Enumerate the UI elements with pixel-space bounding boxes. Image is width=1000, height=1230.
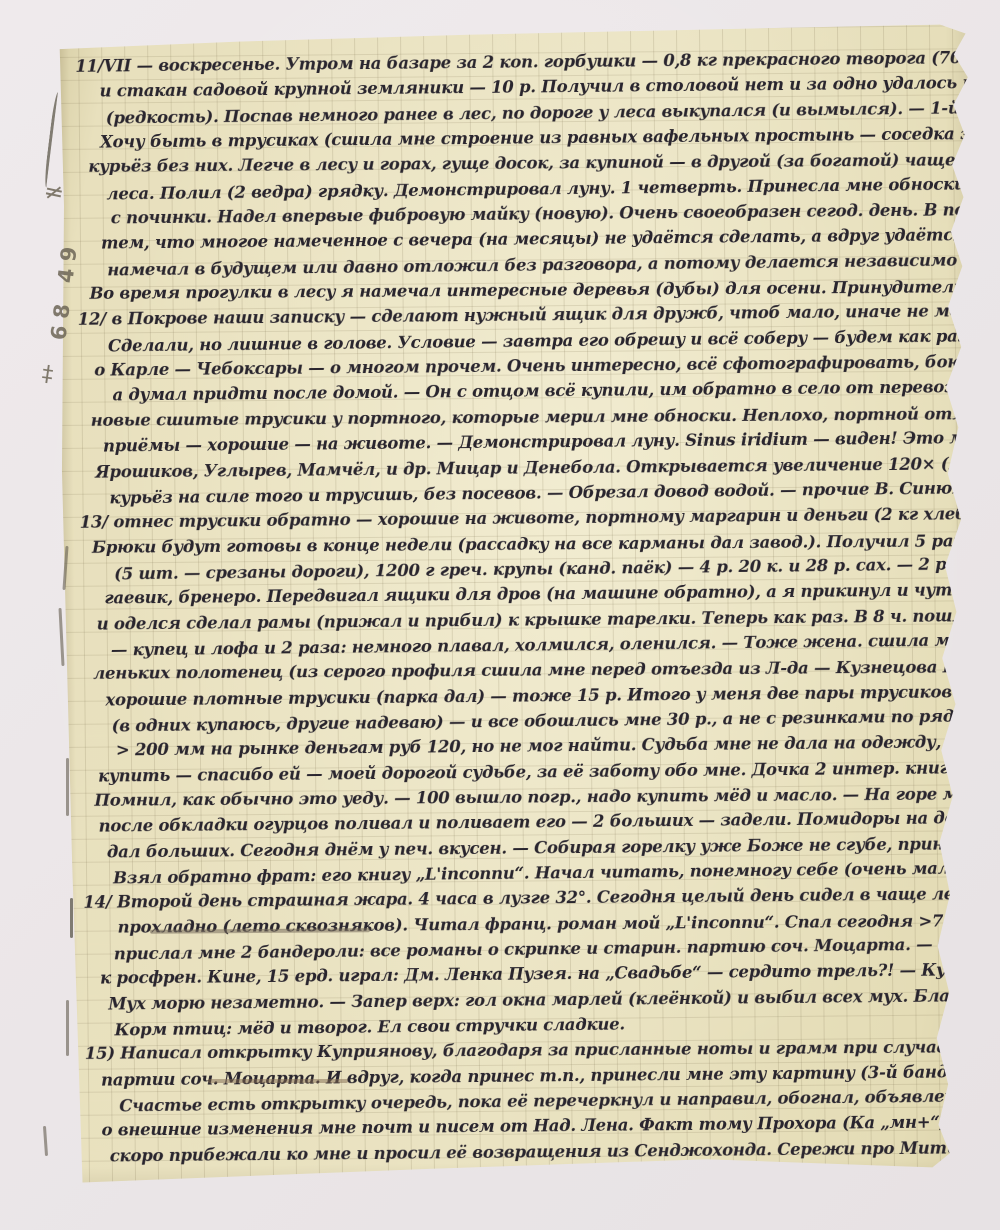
- pencil-tick-mark: [43, 1126, 48, 1156]
- pencil-underline-name: [208, 1079, 348, 1083]
- manuscript-text-block: 11/VII — воскресенье. Утром на базаре за…: [75, 45, 971, 1169]
- pencil-tick-mark: [66, 1000, 69, 1056]
- pencil-cross-mark: ≠: [41, 176, 66, 208]
- pencil-cross-mark-2: ‡: [40, 361, 54, 387]
- pencil-tick-mark: [58, 608, 64, 666]
- pencil-tick-mark: [70, 898, 73, 938]
- scanned-diary-page: 11/VII — воскресенье. Утром на базаре за…: [0, 0, 1000, 1230]
- pencil-squiggle-mark: [43, 92, 63, 188]
- manuscript-paper-sheet: 11/VII — воскресенье. Утром на базаре за…: [55, 24, 982, 1185]
- small-stain: [184, 1183, 189, 1188]
- pencil-tick-mark: [66, 758, 69, 816]
